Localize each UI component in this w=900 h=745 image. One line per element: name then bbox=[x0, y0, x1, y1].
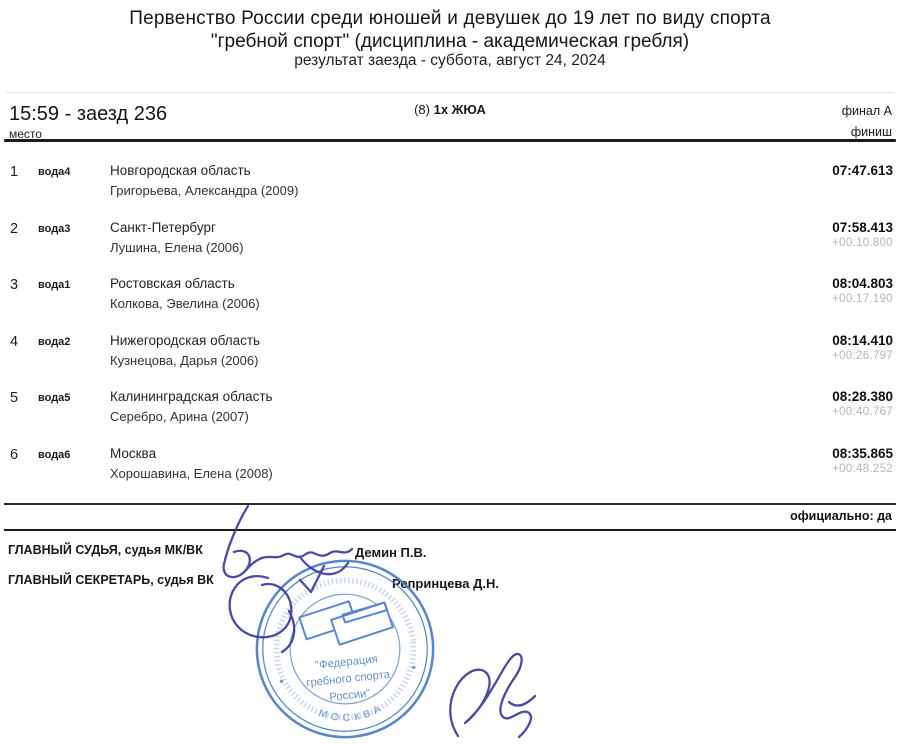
footer-divider-bottom bbox=[4, 529, 896, 531]
athlete-cell: Кузнецова, Дарья (2006) bbox=[110, 353, 258, 368]
place-cell: 1 bbox=[10, 164, 18, 180]
page-subtitle-date: результат заезда - суббота, август 24, 2… bbox=[0, 52, 900, 70]
table-row: 6 вода6 Москва Хорошавина, Елена (2008) … bbox=[0, 446, 900, 496]
athlete-cell: Серебро, Арина (2007) bbox=[110, 409, 249, 424]
delta-cell: +00:10.800 bbox=[832, 237, 893, 249]
stamp-text-line2: гребного спорта bbox=[306, 669, 391, 690]
lane-cell: вода5 bbox=[38, 392, 70, 404]
time-cell: 08:28.380 bbox=[832, 389, 893, 404]
place-cell: 3 bbox=[10, 277, 18, 293]
table-row: 3 вода1 Ростовская область Колкова, Эвел… bbox=[0, 276, 900, 326]
lane-cell: вода1 bbox=[38, 279, 70, 291]
lane-cell: вода2 bbox=[38, 336, 70, 348]
table-row: 1 вода4 Новгородская область Григорьева,… bbox=[0, 163, 900, 213]
lane-cell: вода3 bbox=[38, 223, 70, 235]
lane-cell: вода6 bbox=[38, 449, 70, 461]
event-class: 1x ЖЮА bbox=[434, 102, 486, 117]
time-cell: 08:14.410 bbox=[832, 333, 893, 348]
delta-cell: +00:17.190 bbox=[832, 293, 893, 305]
event-label: (8) 1x ЖЮА bbox=[0, 102, 900, 117]
chief-secretary-role: ГЛАВНЫЙ СЕКРЕТАРЬ, судья ВК bbox=[8, 573, 214, 587]
team-cell: Ростовская область bbox=[110, 276, 235, 291]
place-cell: 5 bbox=[10, 390, 18, 406]
chief-judge-role: ГЛАВНЫЙ СУДЬЯ, судья МК/ВК bbox=[8, 543, 203, 557]
time-cell: 07:47.613 bbox=[832, 163, 893, 178]
lane-cell: вода4 bbox=[38, 166, 70, 178]
athlete-cell: Григорьева, Александра (2009) bbox=[110, 183, 298, 198]
stamp-city-arc: МОСКВА bbox=[316, 701, 387, 727]
time-cell: 08:35.865 bbox=[832, 446, 893, 461]
table-row: 5 вода5 Калининградская область Серебро,… bbox=[0, 389, 900, 439]
table-row: 2 вода3 Санкт-Петербург Лушина, Елена (2… bbox=[0, 220, 900, 270]
official-status: официально: да bbox=[790, 509, 892, 523]
delta-cell: +00:40.767 bbox=[832, 406, 893, 418]
federation-stamp: МОСКВА "Федерация гребного спорта России… bbox=[243, 547, 447, 745]
final-label: финал А bbox=[842, 104, 892, 118]
team-cell: Нижегородская область bbox=[110, 333, 260, 348]
delta-cell: +00:26.797 bbox=[832, 350, 893, 362]
table-row: 4 вода2 Нижегородская область Кузнецова,… bbox=[0, 333, 900, 383]
time-cell: 07:58.413 bbox=[832, 220, 893, 235]
stamp-text-line1: "Федерация bbox=[315, 653, 379, 671]
signature-bottom-right bbox=[450, 654, 535, 737]
header-divider bbox=[4, 139, 896, 142]
results-sheet: Первенство России среди юношей и девушек… bbox=[0, 0, 900, 745]
column-finish-label: финиш bbox=[851, 125, 892, 139]
divider-top bbox=[6, 92, 894, 93]
athlete-cell: Лушина, Елена (2006) bbox=[110, 240, 244, 255]
stamp-text-line3: России" bbox=[329, 688, 371, 704]
team-cell: Санкт-Петербург bbox=[110, 220, 216, 235]
team-cell: Калининградская область bbox=[110, 389, 273, 404]
footer-divider-top bbox=[4, 503, 896, 505]
athlete-cell: Хорошавина, Елена (2008) bbox=[110, 466, 273, 481]
svg-text:МОСКВА: МОСКВА bbox=[316, 701, 387, 727]
place-cell: 4 bbox=[10, 334, 18, 350]
page-title-line2: "гребной спорт" (дисциплина - академичес… bbox=[0, 31, 900, 53]
team-cell: Москва bbox=[110, 446, 156, 461]
event-prefix: (8) bbox=[414, 102, 430, 117]
time-cell: 08:04.803 bbox=[832, 276, 893, 291]
place-cell: 6 bbox=[10, 447, 18, 463]
place-cell: 2 bbox=[10, 221, 18, 237]
athlete-cell: Колкова, Эвелина (2006) bbox=[110, 296, 260, 311]
page-title-line1: Первенство России среди юношей и девушек… bbox=[0, 8, 900, 30]
team-cell: Новгородская область bbox=[110, 163, 251, 178]
delta-cell: +00:48.252 bbox=[832, 463, 893, 475]
